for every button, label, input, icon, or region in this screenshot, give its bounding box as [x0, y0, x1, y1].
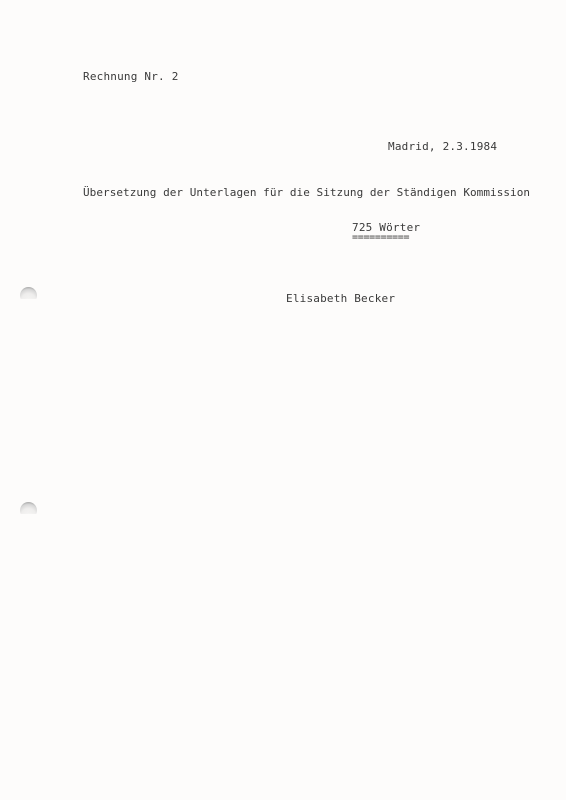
invoice-number: Rechnung Nr. 2 — [83, 71, 179, 82]
document-page: Rechnung Nr. 2 Madrid, 2.3.1984 Übersetz… — [0, 0, 566, 800]
place-and-date: Madrid, 2.3.1984 — [388, 141, 497, 152]
signature-name: Elisabeth Becker — [286, 293, 395, 304]
punch-hole-icon — [20, 502, 37, 519]
invoice-subject: Übersetzung der Unterlagen für die Sitzu… — [83, 187, 530, 198]
punch-hole-icon — [20, 287, 37, 304]
word-count-double-underline: ========== — [352, 233, 409, 243]
